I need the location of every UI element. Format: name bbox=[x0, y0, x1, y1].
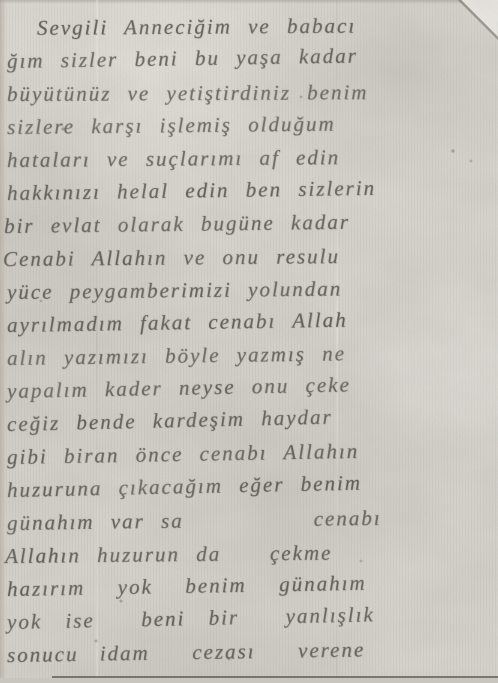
handwritten-line: sonucu idam cezası verene bbox=[7, 631, 495, 672]
letter-scan: Sevgili Anneciğim ve babacı ğım sizler b… bbox=[0, 0, 498, 683]
handwritten-line: Cenabi Allahın ve onu resulu bbox=[3, 239, 495, 276]
handwritten-line: ğım sizler beni bu yaşa kadar bbox=[7, 37, 495, 78]
handwritten-letter: Sevgili Anneciğim ve babacı ğım sizler b… bbox=[7, 12, 495, 672]
paper-edge-top bbox=[0, 0, 498, 4]
paper-edge-left bbox=[0, 0, 6, 683]
handwritten-line: bir evlat olarak bugüne kadar bbox=[4, 204, 495, 243]
scan-background-strip bbox=[0, 678, 498, 683]
handwritten-line: günahım var sa cenabı bbox=[7, 500, 495, 540]
handwritten-line: sizlere karşı işlemiş olduğum bbox=[7, 106, 495, 144]
ink-specks bbox=[0, 0, 2, 2]
